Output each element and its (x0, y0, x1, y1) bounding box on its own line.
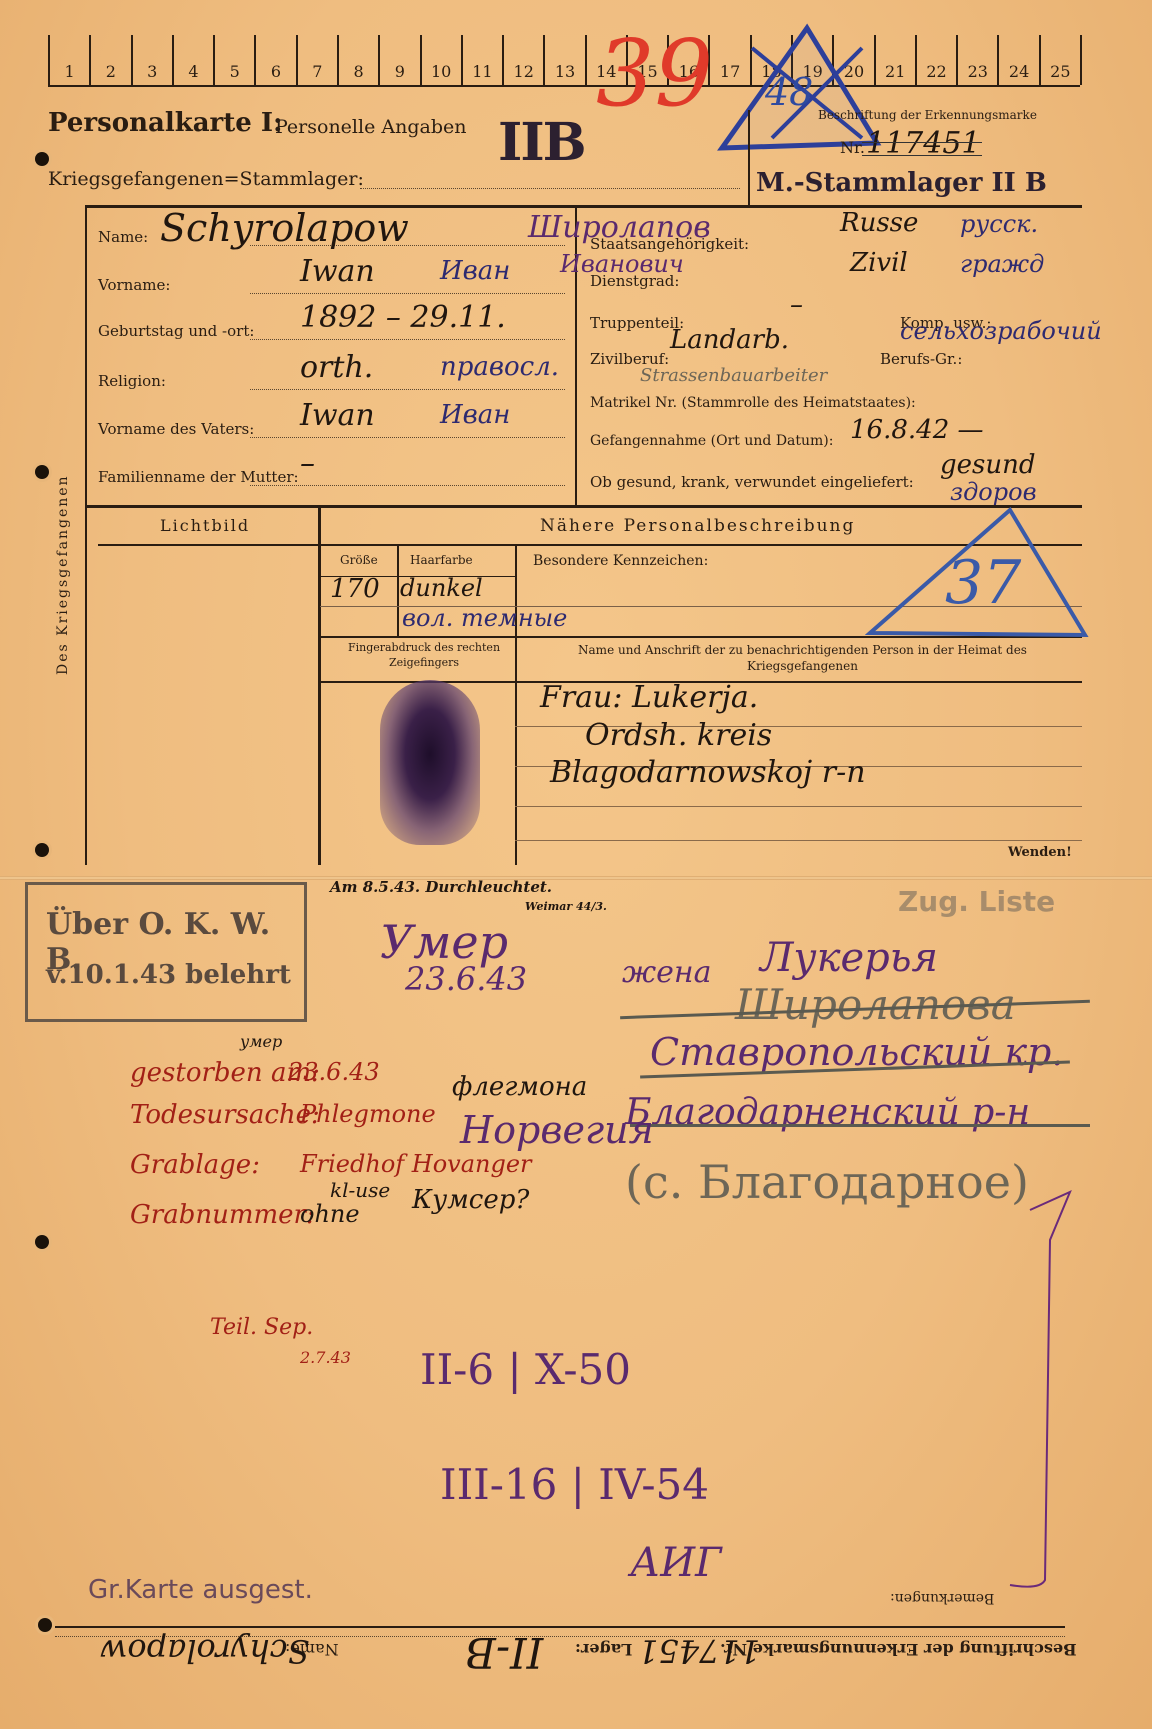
teil-date: 2.7.43 (300, 1348, 351, 1367)
ruler-cell: 25 (1039, 35, 1080, 85)
field-value: Iwan (300, 398, 375, 433)
field-label: Name: (98, 228, 148, 246)
field-value-alt: правосл. (440, 352, 559, 382)
field-line (250, 437, 565, 438)
field-label: Vorname des Vaters: (98, 420, 254, 438)
field-value: Russe (840, 208, 918, 238)
grave-code-1: II-6 | X-50 (420, 1345, 631, 1394)
red-number: 39 (596, 20, 713, 127)
punch-hole (35, 843, 49, 857)
teil-note: Teil. Sep. (210, 1315, 313, 1340)
contact-header: Name und Anschrift der zu benachrichtige… (530, 642, 1075, 674)
field-label: Matrikel Nr. (Stammrolle des Heimatstaat… (590, 395, 916, 411)
ruler-cell: 9 (378, 35, 419, 85)
grave-code-2: III-16 | IV-54 (440, 1460, 709, 1509)
remarks-label: Bemerkungen: (890, 1590, 994, 1606)
hair-value: dunkel (400, 574, 483, 602)
tag-number-lines (862, 142, 982, 156)
field-value: 1892 – 29.11. (300, 300, 506, 335)
footer-tag-label: Beschriftung der Erkennungsmarke Nr. (720, 1640, 1077, 1659)
footer-lager-value: II-B (465, 1628, 543, 1677)
grid-line (397, 545, 399, 637)
field-value: Iwan (300, 254, 375, 289)
death-row-value: Phlegmone (300, 1100, 436, 1128)
card-fold (0, 876, 1152, 880)
zug-liste-stamp: Zug. Liste (898, 885, 1055, 918)
stammlager-stamp: M.-Stammlager II B (756, 168, 1047, 198)
pow-personal-card: 1234567891011121314151617181920212223242… (0, 0, 1152, 1729)
field-label: Familienname der Mutter: (98, 468, 299, 486)
fingerprint-header: Fingerabdruck des rechten Zeigefingers (336, 640, 512, 670)
hair-header: Haarfarbe (410, 553, 473, 567)
turn-label: Wenden! (1008, 845, 1072, 860)
ruler-cell: 23 (956, 35, 997, 85)
card-title: Personalkarte I: (48, 108, 283, 138)
field-label: Vorname: (98, 276, 170, 294)
died-date: 23.6.43 (405, 960, 527, 998)
ruler-cell: 5 (213, 35, 254, 85)
blue-triangle-number: 48 (765, 70, 813, 114)
photo-divider (318, 508, 321, 865)
field-value: 16.8.42 — (850, 415, 984, 445)
ruler-baseline (48, 85, 1080, 87)
death-row-note2: kl-use (330, 1178, 390, 1202)
strike-line (630, 1124, 1090, 1127)
initials: АИГ (630, 1540, 722, 1586)
field-line (250, 485, 565, 486)
field-value-alt: Иван (440, 256, 510, 286)
death-row-label: Todesursache: (130, 1100, 320, 1130)
death-row-note: Норвегия (460, 1108, 654, 1152)
ruler-cell: 12 (502, 35, 543, 85)
ruler-cell: 11 (461, 35, 502, 85)
punch-hole (35, 465, 49, 479)
height-header: Größe (340, 553, 378, 567)
punch-hole (38, 1618, 52, 1632)
ruler-cell: 2 (89, 35, 130, 85)
tag-label: Beschriftung der Erkennungsmarke (818, 108, 1037, 122)
field-line (250, 389, 565, 390)
footer-line (55, 1626, 1065, 1628)
ruler-cell: 13 (543, 35, 584, 85)
footer-lager-label: Lager: (575, 1640, 632, 1659)
field-label: Ob gesund, krank, verwundet eingeliefert… (590, 473, 914, 491)
xray-note: Am 8.5.43. Durchleuchtet. (330, 878, 552, 896)
triangle-number: 37 (945, 548, 1021, 618)
field-label: Gefangennahme (Ort und Datum): (590, 433, 834, 449)
ruler-end (1080, 35, 1082, 85)
death-row-note: умер (240, 1032, 282, 1051)
field-value-alt: здоров (950, 478, 1037, 506)
camp-label: Kriegsgefangenen=Stammlager: (48, 168, 364, 190)
field-line (250, 293, 565, 294)
ruler-cell: 8 (337, 35, 378, 85)
section-header: Nähere Personalbeschreibung (540, 516, 855, 536)
death-row-label: Grabnummer: (130, 1200, 315, 1230)
hair-value-alt: вол. темные (402, 604, 567, 632)
field-label: Religion: (98, 372, 166, 390)
field-value: Landarb. (670, 325, 789, 355)
punch-hole (35, 1235, 49, 1249)
card-subtitle: Personelle Angaben (275, 116, 466, 138)
fingerprint (380, 680, 480, 845)
surname-cyrillic: Широлапов (528, 210, 711, 245)
camp-field-line (360, 188, 740, 189)
field-value: Strassenbauarbeiter (640, 365, 827, 386)
field-value-alt: русск. (960, 210, 1038, 238)
death-row-label: Grablage: (130, 1150, 260, 1180)
gr-karte-stamp: Gr.Karte ausgest. (88, 1575, 313, 1605)
death-row-value: Friedhof Hovanger (300, 1150, 532, 1178)
field-value: Zivil (850, 248, 908, 278)
ruler-cell: 4 (172, 35, 213, 85)
death-row-note: Кумсер? (412, 1185, 529, 1215)
footer-tag-number: 117451 (638, 1632, 760, 1670)
side-label: Des Kriegsgefangenen (55, 474, 71, 675)
camp-stamp: IIB (498, 112, 585, 173)
height-value: 170 (330, 574, 380, 604)
xray-note-2: Weimar 44/3. (525, 900, 607, 913)
ruler-cell: 7 (296, 35, 337, 85)
patronymic-note: Иванович (560, 250, 684, 278)
grid-line (515, 545, 517, 865)
field-value: gesund (940, 450, 1036, 480)
death-row-value: 23.6.43 (288, 1058, 380, 1086)
field-label: Geburtstag und -ort: (98, 322, 254, 340)
punch-hole (35, 152, 49, 166)
purple-bracket-line (880, 1180, 1080, 1600)
footer-name-value: Schyrolapow (100, 1632, 310, 1670)
field-value: – (790, 290, 803, 320)
ruler-cell: 1 (48, 35, 89, 85)
field-value: orth. (300, 350, 373, 385)
death-row-value: ohne (300, 1200, 360, 1228)
marks-header: Besondere Kennzeichen: (533, 553, 708, 569)
ruler-cell: 24 (997, 35, 1038, 85)
photo-header: Lichtbild (160, 516, 250, 535)
grid-line (515, 806, 1082, 807)
contact-line: Blagodarnowskoj r-n (550, 755, 866, 790)
grid-line (515, 840, 1082, 841)
ruler-cell: 3 (131, 35, 172, 85)
frame-left (85, 205, 87, 865)
stamp-line2: v.10.1.43 belehrt (46, 960, 291, 990)
ruler-cell: 10 (420, 35, 461, 85)
field-value: Schyrolapow (160, 206, 409, 250)
tag-divider (748, 110, 750, 206)
ruler-cell: 22 (915, 35, 956, 85)
field-line (250, 339, 565, 340)
wife-label: жена (622, 955, 712, 990)
field-value: – (300, 446, 315, 481)
ruler-cell: 6 (254, 35, 295, 85)
field-value-alt: гражд (960, 250, 1044, 278)
field-label: Berufs-Gr.: (880, 350, 962, 368)
wife-name: Лукерья (760, 935, 938, 981)
contact-line: Ordsh. kreis (585, 718, 772, 753)
instruction-stamp-box: Über O. K. W. B. v.10.1.43 belehrt (25, 882, 307, 1022)
contact-line: Frau: Lukerja. (540, 680, 758, 715)
field-value-alt: Иван (440, 400, 510, 430)
death-row-note: флегмона (452, 1072, 587, 1102)
field-value-alt: сельхозрабочий (900, 317, 1102, 345)
